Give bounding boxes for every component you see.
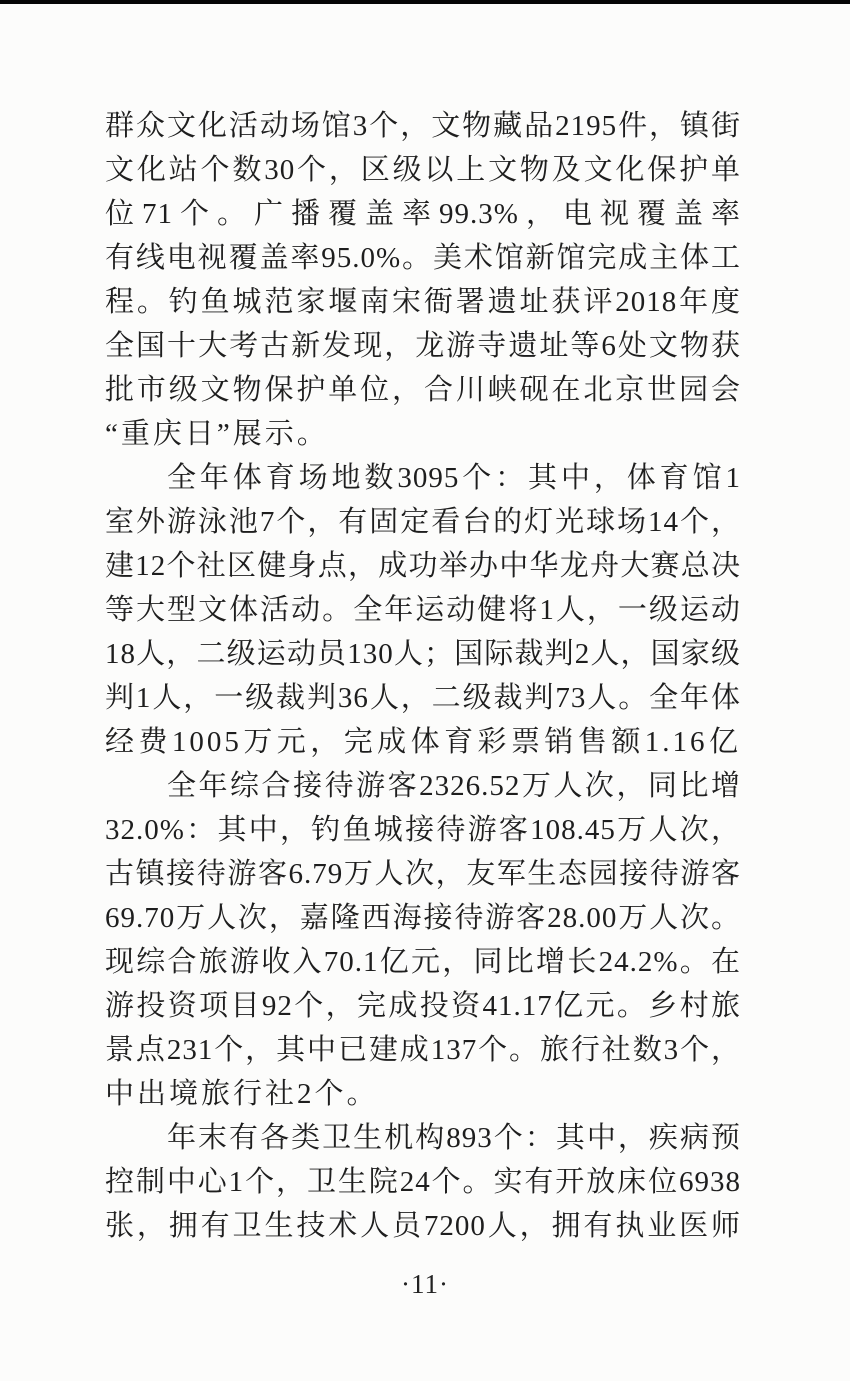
text-line: 文化站个数30个，区级以上文物及文化保护单: [105, 148, 741, 192]
text-line: 全国十大考古新发现，龙游寺遗址等6处文物获: [105, 324, 741, 368]
text-line: 控制中心1个，卫生院24个。实有开放床位6938: [105, 1160, 741, 1204]
text-line: 现综合旅游收入70.1亿元，同比增长24.2%。在建旅: [105, 940, 741, 984]
page-number: ·11·: [0, 1266, 850, 1302]
text-line: 游投资项目92个，完成投资41.17亿元。乡村旅游: [105, 984, 741, 1028]
text-line: 景点231个，其中已建成137个。旅行社数3个，其: [105, 1028, 741, 1072]
text-line: 32.0%：其中，钓鱼城接待游客108.45万人次，涞滩: [105, 808, 741, 852]
text-line: 建12个社区健身点，成功举办中华龙舟大赛总决赛: [105, 544, 741, 588]
text-line: 全年综合接待游客2326.52万人次，同比增长: [105, 764, 741, 808]
text-line: 中出境旅行社2个。: [105, 1072, 741, 1116]
text-line: 判1人，一级裁判36人，二级裁判73人。全年体育: [105, 676, 741, 720]
text-line: 群众文化活动场馆3个，文物藏品2195件，镇街: [105, 104, 741, 148]
text-line: 年末有各类卫生机构893个：其中，疾病预防: [105, 1116, 741, 1160]
document-text-block: 群众文化活动场馆3个，文物藏品2195件，镇街文化站个数30个，区级以上文物及文…: [105, 104, 741, 1248]
text-line: 批市级文物保护单位，合川峡砚在北京世园会: [105, 368, 741, 412]
text-line: 位71个。广播覆盖率99.3%，电视覆盖率99.3%，: [105, 192, 741, 236]
text-line: 18人，二级运动员130人；国际裁判2人，国家级裁: [105, 632, 741, 676]
scan-artifact-bar: [0, 0, 850, 4]
text-line: 程。钓鱼城范家堰南宋衙署遗址获评2018年度: [105, 280, 741, 324]
text-line: 经费1005万元，完成体育彩票销售额1.16亿元。: [105, 720, 741, 764]
text-line: 古镇接待游客6.79万人次，友军生态园接待游客: [105, 852, 741, 896]
document-page: 群众文化活动场馆3个，文物藏品2195件，镇街文化站个数30个，区级以上文物及文…: [0, 0, 850, 1381]
text-line: “重庆日”展示。: [105, 412, 741, 456]
text-line: 张，拥有卫生技术人员7200人，拥有执业医师（含: [105, 1204, 741, 1248]
text-line: 室外游泳池7个，有固定看台的灯光球场14个，新: [105, 500, 741, 544]
text-line: 等大型文体活动。全年运动健将1人，一级运动员: [105, 588, 741, 632]
text-line: 69.70万人次，嘉隆西海接待游客28.00万人次。实: [105, 896, 741, 940]
text-line: 全年体育场地数3095个：其中，体育馆1个，: [105, 456, 741, 500]
text-line: 有线电视覆盖率95.0%。美术馆新馆完成主体工: [105, 236, 741, 280]
